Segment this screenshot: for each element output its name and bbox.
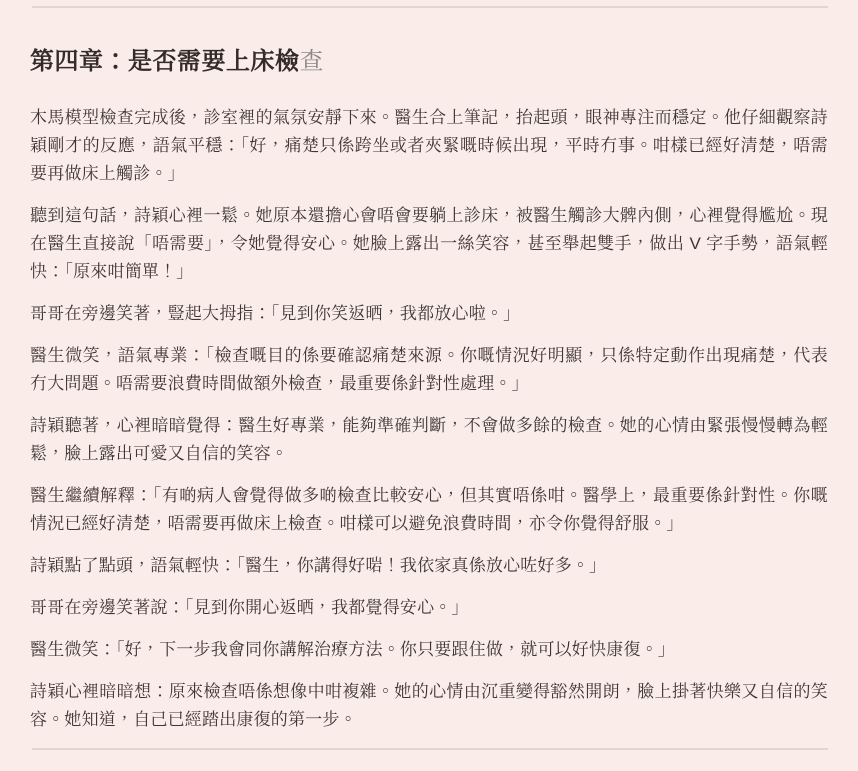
paragraph: 聽到這句話，詩穎心裡一鬆。她原本還擔心會唔會要躺上診床，被醫生觸診大髀內側，心裡…	[30, 202, 828, 286]
paragraph: 詩穎點了點頭，語氣輕快：「醫生，你講得好啱！我依家真係放心咗好多。」	[30, 552, 828, 580]
paragraph: 醫生微笑：「好，下一步我會同你講解治療方法。你只要跟住做，就可以好快康復。」	[30, 636, 828, 664]
paragraph: 哥哥在旁邊笑著，豎起大拇指：「見到你笑返晒，我都放心啦。」	[30, 300, 828, 328]
chapter-title-text: 第四章：是否需要上床檢	[30, 48, 300, 75]
chapter-page: 第四章：是否需要上床檢查 木馬模型檢查完成後，診室裡的氣氛安靜下來。醫生合上筆記…	[0, 6, 858, 771]
paragraph: 哥哥在旁邊笑著說：「見到你開心返晒，我都覺得安心。」	[30, 594, 828, 622]
chapter-body: 木馬模型檢查完成後，診室裡的氣氛安靜下來。醫生合上筆記，抬起頭，眼神專注而穩定。…	[30, 104, 828, 734]
bottom-divider	[32, 748, 828, 750]
paragraph: 木馬模型檢查完成後，診室裡的氣氛安靜下來。醫生合上筆記，抬起頭，眼神專注而穩定。…	[30, 104, 828, 188]
paragraph: 醫生繼續解釋：「有啲病人會覺得做多啲檢查比較安心，但其實唔係咁。醫學上，最重要係…	[30, 482, 828, 538]
paragraph: 詩穎聽著，心裡暗暗覺得：醫生好專業，能夠準確判斷，不會做多餘的檢查。她的心情由緊…	[30, 412, 828, 468]
paragraph: 詩穎心裡暗暗想：原來檢查唔係想像中咁複雜。她的心情由沉重變得豁然開朗，臉上掛著快…	[30, 678, 828, 734]
paragraph: 醫生微笑，語氣專業：「檢查嘅目的係要確認痛楚來源。你嘅情況好明顯，只係特定動作出…	[30, 342, 828, 398]
chapter-title-last-char: 查	[300, 49, 325, 75]
chapter-title: 第四章：是否需要上床檢查	[30, 46, 828, 78]
top-divider	[32, 6, 828, 8]
